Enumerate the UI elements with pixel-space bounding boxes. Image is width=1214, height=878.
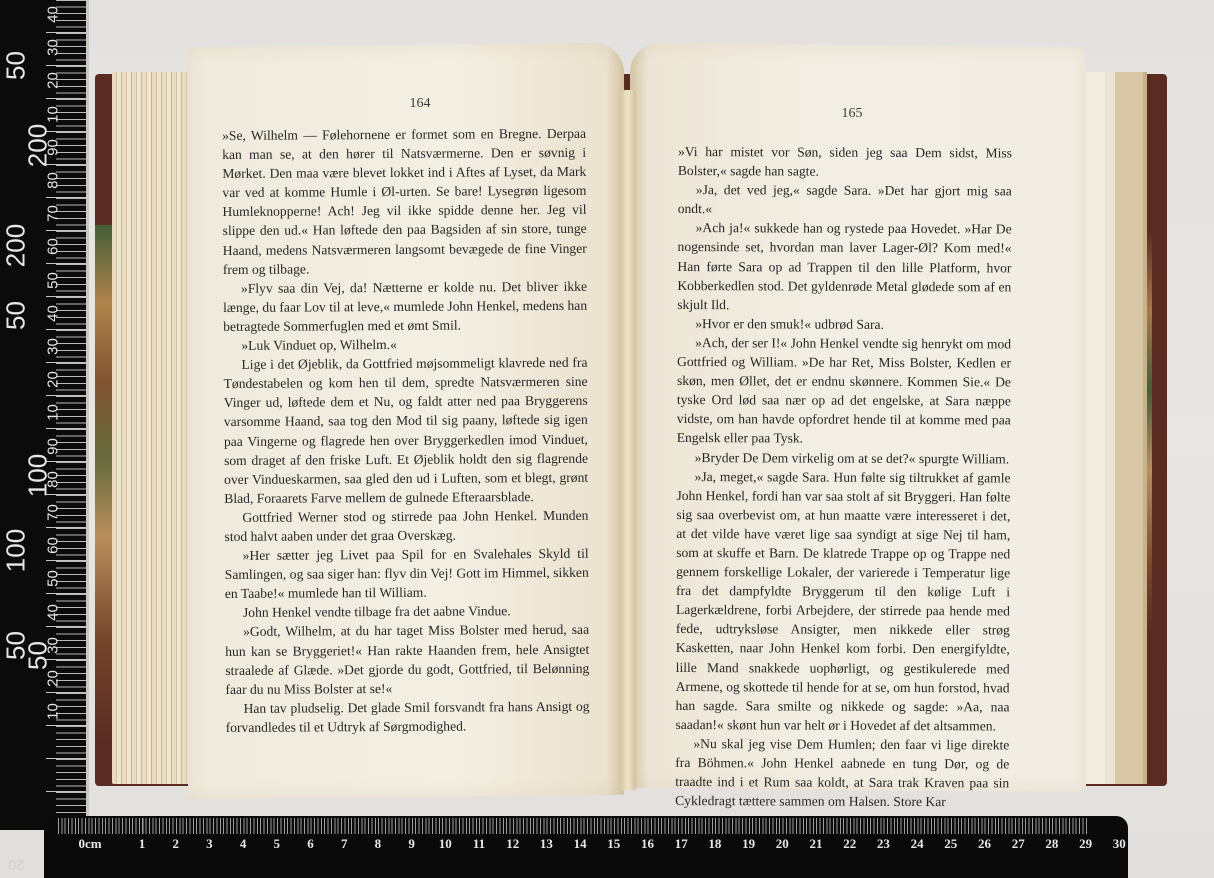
ruler-tick-label: 20 bbox=[776, 836, 789, 852]
ruler-tick-label: 50 bbox=[45, 564, 62, 594]
marbled-cover-left bbox=[95, 225, 113, 745]
ruler-outer-label: 50 bbox=[1, 286, 32, 346]
ruler-outer-label: 50 bbox=[1, 36, 32, 96]
ruler-tick-label: 27 bbox=[1012, 836, 1025, 852]
ruler-tick-label: 12 bbox=[506, 836, 519, 852]
ruler-tick-label: 14 bbox=[574, 836, 587, 852]
ruler-tick-label: 28 bbox=[1045, 836, 1058, 852]
paragraph: »Nu skal jeg vise Dem Humlen; den faar v… bbox=[675, 734, 1009, 812]
paragraph: »Ja, det ved jeg,« sagde Sara. »Det har … bbox=[678, 180, 1012, 220]
ruler-tick-label: 13 bbox=[540, 836, 553, 852]
ruler-outer-label: 100 bbox=[1, 521, 32, 581]
ruler-tick-label: 10 bbox=[45, 697, 62, 727]
ruler-tick-label: 21 bbox=[810, 836, 823, 852]
paragraph: »Luk Vinduet op, Wilhelm.« bbox=[223, 334, 587, 355]
paragraph: »Bryder De Dem virkelig om at se det?« s… bbox=[677, 447, 1011, 468]
paragraph: »Flyv saa din Vej, da! Nætterne er kolde… bbox=[223, 277, 587, 337]
paragraph: Han tav pludselig. Det glade Smil forsva… bbox=[225, 697, 589, 737]
paragraph: »Vi har mistet vor Søn, siden jeg saa De… bbox=[678, 142, 1012, 182]
ruler-tick-label: 50 bbox=[45, 265, 62, 295]
horizontal-ruler-ticks bbox=[58, 818, 1088, 834]
ruler-tick-label: 29 bbox=[1079, 836, 1092, 852]
ruler-tick-label: 70 bbox=[45, 199, 62, 229]
ruler-tick-label: 60 bbox=[45, 531, 62, 561]
page-edges-right bbox=[1085, 72, 1147, 784]
ruler-tick-label: 1 bbox=[139, 836, 146, 852]
ruler-tick-label: 24 bbox=[911, 836, 924, 852]
ruler-major-label: 200 bbox=[23, 116, 54, 176]
paragraph: Gottfried Werner stod og stirrede paa Jo… bbox=[224, 506, 588, 546]
ruler-tick-label: 10 bbox=[45, 398, 62, 428]
ruler-tick-label: 10 bbox=[439, 836, 452, 852]
paragraph: John Henkel vendte tilbage fra det aabne… bbox=[225, 601, 589, 622]
paragraph: »Ja, meget,« sagde Sara. Hun følte sig t… bbox=[675, 467, 1010, 736]
ruler-tick-label: 20 bbox=[45, 66, 62, 96]
paragraph: »Ach ja!« sukkede han og rystede paa Hov… bbox=[677, 218, 1011, 315]
paragraph: »Hvor er den smuk!« udbrød Sara. bbox=[677, 314, 1011, 335]
ruler-tick-label: 7 bbox=[341, 836, 348, 852]
vertical-ruler: 4030201090807060504030201090807060504030… bbox=[0, 0, 89, 830]
paragraph: »Godt, Wilhelm, at du har taget Miss Bol… bbox=[225, 620, 589, 699]
ruler-tick-label: 26 bbox=[978, 836, 991, 852]
ruler-tick-label: 3 bbox=[206, 836, 213, 852]
ruler-tick-label: 16 bbox=[641, 836, 654, 852]
ruler-tick-label: 30 bbox=[45, 332, 62, 362]
left-page-number: 164 bbox=[400, 96, 440, 112]
horizontal-ruler: 0cm 123456789101112131415161718192021222… bbox=[44, 816, 1128, 878]
ruler-corner-label: 20 bbox=[8, 856, 25, 873]
ruler-tick-label: 17 bbox=[675, 836, 688, 852]
left-page-text: »Se, Wilhelm — Følehornene er formet som… bbox=[222, 124, 590, 737]
ruler-tick-label: 40 bbox=[45, 597, 62, 627]
ruler-outer-label: 50 bbox=[1, 616, 32, 676]
ruler-tick-label: 30 bbox=[1113, 836, 1126, 852]
page-edges-left bbox=[112, 72, 190, 784]
right-page-number: 165 bbox=[832, 106, 872, 122]
paragraph: »Se, Wilhelm — Følehornene er formet som… bbox=[222, 124, 587, 279]
paragraph: »Her sætter jeg Livet paa Spil for en Sv… bbox=[225, 544, 589, 604]
ruler-tick-label: 23 bbox=[877, 836, 890, 852]
paragraph: Lige i det Øjeblik, da Gottfried møjsomm… bbox=[223, 353, 588, 508]
right-page-text: »Vi har mistet vor Søn, siden jeg saa De… bbox=[675, 142, 1012, 812]
book-gutter bbox=[620, 90, 636, 790]
ruler-tick-label: 9 bbox=[408, 836, 415, 852]
ruler-tick-label: 4 bbox=[240, 836, 247, 852]
ruler-tick-label: 18 bbox=[708, 836, 721, 852]
ruler-tick-label: 2 bbox=[172, 836, 179, 852]
ruler-tick-label: 40 bbox=[45, 298, 62, 328]
paragraph: »Ach, der ser I!« John Henkel vendte sig… bbox=[677, 333, 1011, 449]
ruler-outer-label: 200 bbox=[1, 216, 32, 276]
ruler-tick-label: 5 bbox=[274, 836, 281, 852]
ruler-tick-label: 20 bbox=[45, 365, 62, 395]
ruler-tick-label: 6 bbox=[307, 836, 314, 852]
ruler-tick-label: 30 bbox=[45, 33, 62, 63]
ruler-unit-label: 0cm bbox=[78, 836, 101, 852]
ruler-tick-label: 22 bbox=[843, 836, 856, 852]
ruler-tick-label: 19 bbox=[742, 836, 755, 852]
ruler-major-label: 100 bbox=[23, 446, 54, 506]
ruler-tick-label: 15 bbox=[607, 836, 620, 852]
ruler-tick-label: 60 bbox=[45, 232, 62, 262]
ruler-tick-label: 40 bbox=[45, 0, 62, 30]
ruler-tick-label: 8 bbox=[375, 836, 382, 852]
ruler-tick-label: 11 bbox=[473, 836, 485, 852]
ruler-tick-label: 25 bbox=[944, 836, 957, 852]
